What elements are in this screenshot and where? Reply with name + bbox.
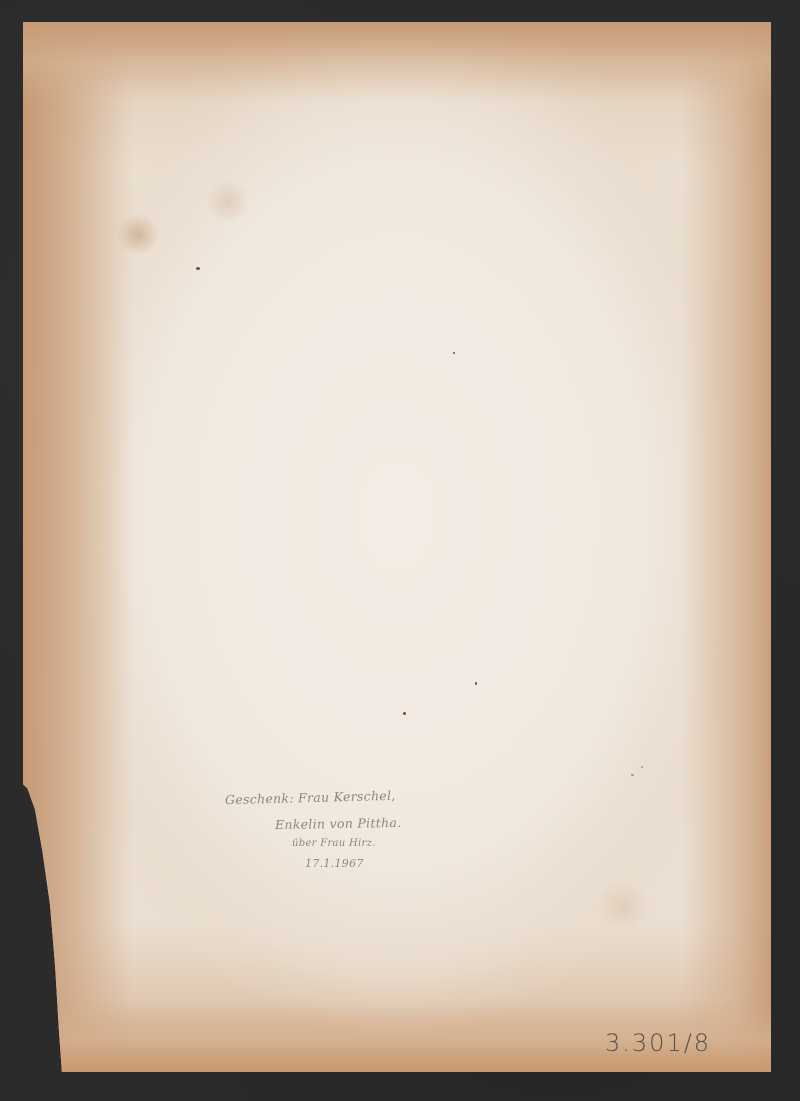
paper-surface bbox=[23, 22, 771, 1072]
dirt-speck bbox=[475, 682, 477, 685]
foxing-stain bbox=[118, 212, 158, 257]
paper-discoloration-top bbox=[23, 22, 771, 102]
inscription-date: 17.1.1967 bbox=[305, 857, 364, 870]
foxing-stain bbox=[593, 882, 653, 932]
dirt-speck bbox=[403, 712, 406, 715]
foxing-stain bbox=[203, 182, 253, 222]
paper-discoloration-right bbox=[681, 22, 771, 1072]
inscription-relation-line: Enkelin von Pittha. bbox=[275, 815, 402, 832]
dirt-speck bbox=[631, 774, 634, 776]
inscription-via-line: über Frau Hirz. bbox=[292, 838, 376, 849]
dirt-speck bbox=[641, 766, 643, 768]
archive-number: 3.301/8 bbox=[605, 1029, 711, 1057]
dirt-speck bbox=[196, 267, 200, 270]
paper-sheet bbox=[23, 22, 771, 1072]
dirt-speck bbox=[453, 352, 455, 354]
